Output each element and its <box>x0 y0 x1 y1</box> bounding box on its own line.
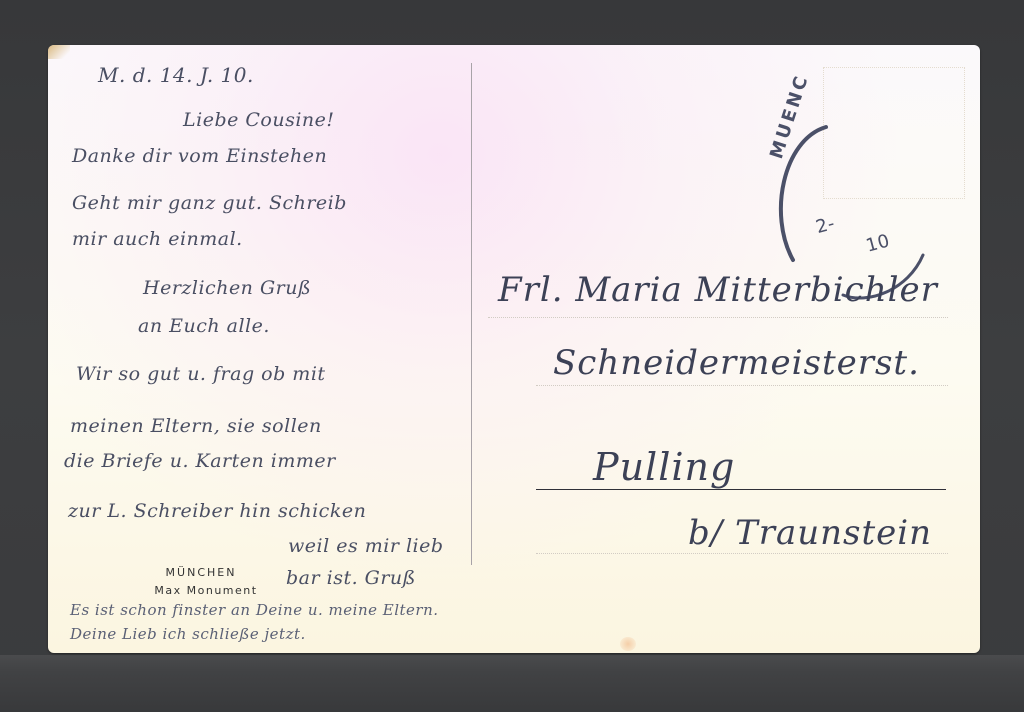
message-line: Herzlichen Gruß <box>143 277 311 299</box>
recipient-occupation: Schneidermeisterst. <box>553 343 920 383</box>
message-line: weil es mir lieb <box>288 535 444 557</box>
postcard: M. d. 14. J. 10. Liebe Cousine! Danke di… <box>48 45 980 653</box>
message-line: zur L. Schreiber hin schicken <box>68 500 366 522</box>
address-rule <box>536 553 948 554</box>
message-date: M. d. 14. J. 10. <box>98 63 254 87</box>
caption-city: MÜNCHEN <box>146 566 256 579</box>
caption-subject: Max Monument <box>136 584 276 597</box>
foxing-stain <box>620 637 636 651</box>
message-line: bar ist. Gruß <box>286 567 416 589</box>
message-footer-line: Es ist schon finster an Deine u. meine E… <box>70 601 439 619</box>
recipient-name: Frl. Maria Mitterbichler <box>498 270 938 310</box>
shelf-surface <box>0 655 1024 712</box>
message-line: an Euch alle. <box>138 315 270 337</box>
recipient-region: b/ Traunstein <box>688 513 932 553</box>
recipient-town: Pulling <box>593 445 735 489</box>
message-salutation: Liebe Cousine! <box>183 109 335 131</box>
corner-stain <box>48 45 70 59</box>
message-line: die Briefe u. Karten immer <box>64 450 336 472</box>
address-rule <box>536 385 948 386</box>
address-underline <box>536 489 946 490</box>
message-line: Geht mir ganz gut. Schreib <box>72 192 347 214</box>
message-footer-line: Deine Lieb ich schließe jetzt. <box>70 625 306 643</box>
message-line: Wir so gut u. frag ob mit <box>76 363 326 385</box>
message-line: meinen Eltern, sie sollen <box>70 415 322 437</box>
message-line: Danke dir vom Einstehen <box>72 145 327 167</box>
address-rule <box>488 317 948 318</box>
card-divider <box>471 63 472 565</box>
message-line: mir auch einmal. <box>72 228 243 250</box>
